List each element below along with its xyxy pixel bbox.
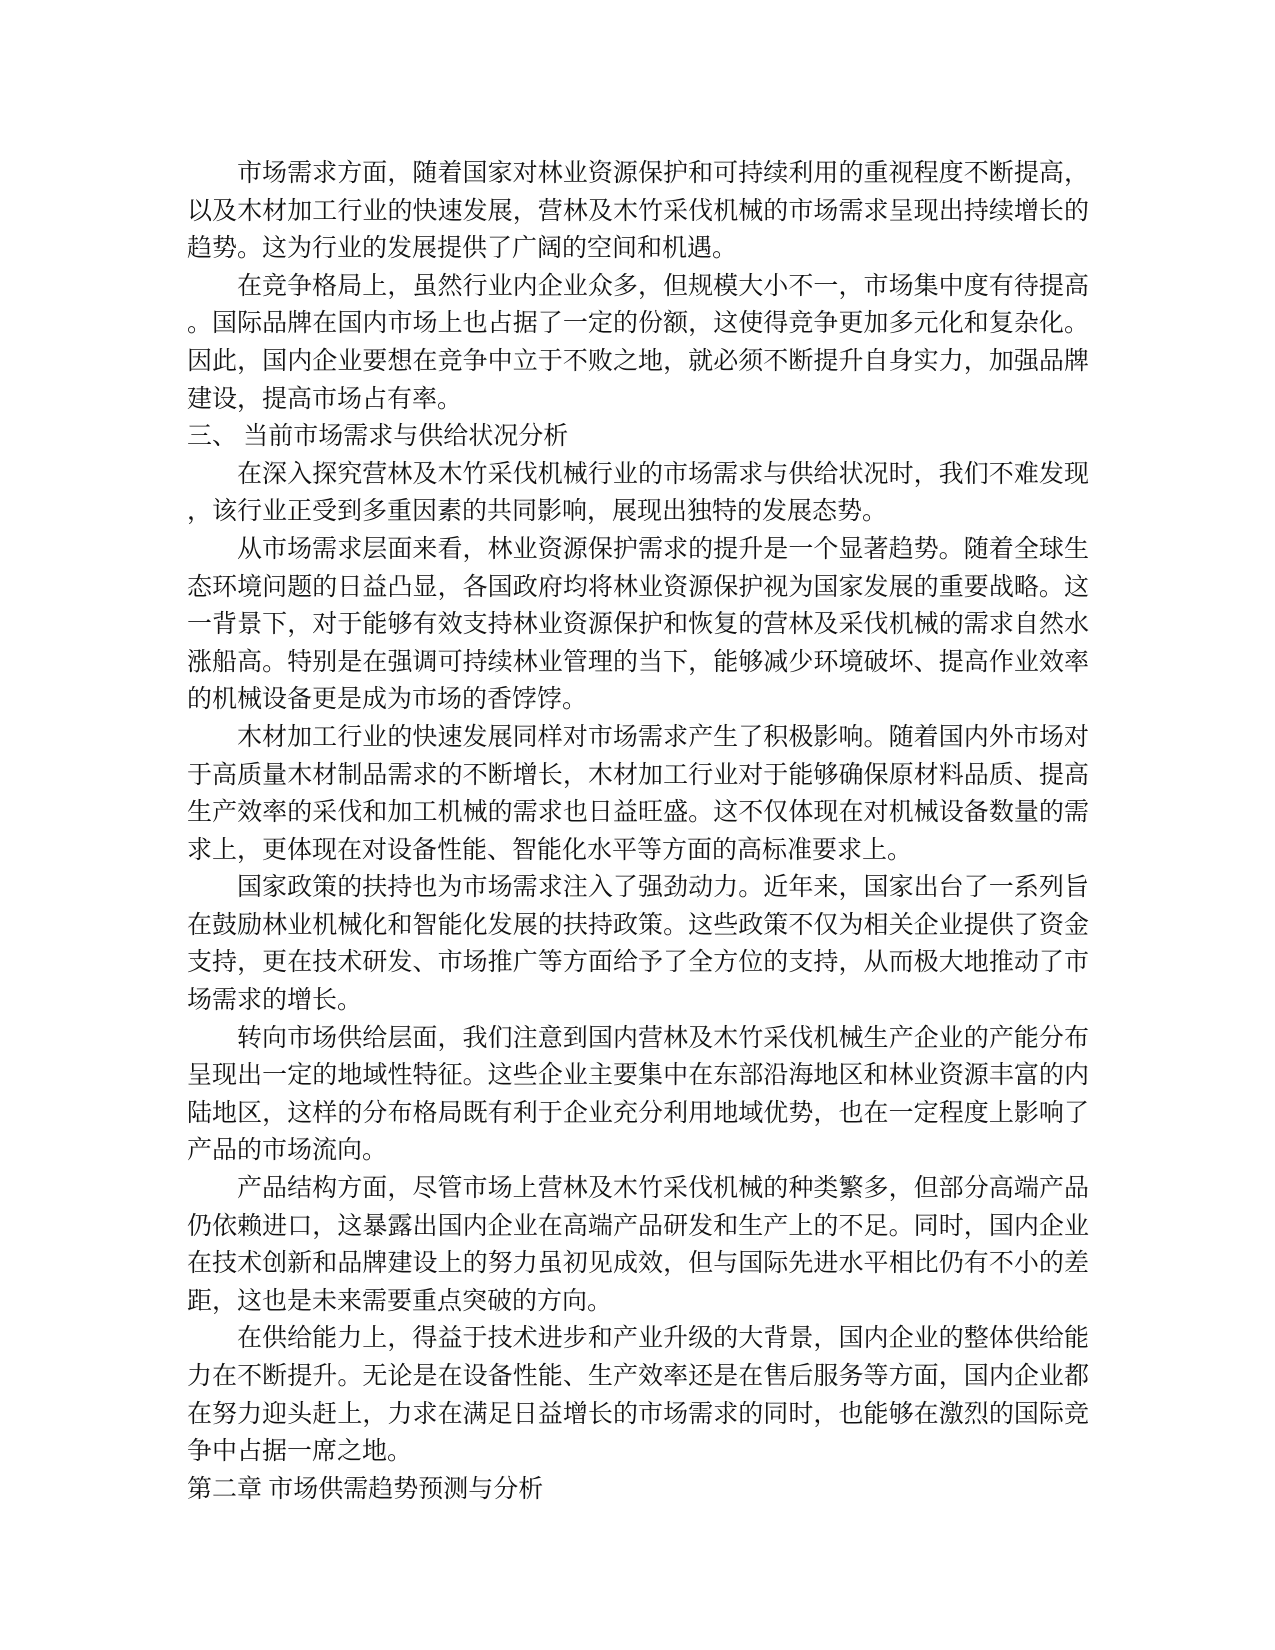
text-line: 在努力迎头赶上，力求在满足日益增长的市场需求的同时，也能够在激烈的国际竞 (187, 1396, 1089, 1434)
text-line: 在技术创新和品牌建设上的努力虽初见成效，但与国际先进水平相比仍有不小的差 (187, 1245, 1089, 1283)
section-heading: 第二章 市场供需趋势预测与分析 (187, 1471, 1089, 1509)
document-body: 市场需求方面，随着国家对林业资源保护和可持续利用的重视程度不断提高，以及木材加工… (187, 155, 1089, 1508)
document-page: 市场需求方面，随着国家对林业资源保护和可持续利用的重视程度不断提高，以及木材加工… (0, 0, 1275, 1650)
text-line: 产品的市场流向。 (187, 1132, 1089, 1170)
paragraph: 木材加工行业的快速发展同样对市场需求产生了积极影响。随着国内外市场对于高质量木材… (187, 719, 1089, 869)
text-line: 国家政策的扶持也为市场需求注入了强劲动力。近年来，国家出台了一系列旨 (187, 869, 1089, 907)
text-line: 呈现出一定的地域性特征。这些企业主要集中在东部沿海地区和林业资源丰富的内 (187, 1057, 1089, 1095)
section-heading: 三、 当前市场需求与供给状况分析 (187, 418, 1089, 456)
paragraph: 在竞争格局上，虽然行业内企业众多，但规模大小不一，市场集中度有待提高。国际品牌在… (187, 268, 1089, 418)
text-line: 。国际品牌在国内市场上也占据了一定的份额，这使得竞争更加多元化和复杂化。 (187, 305, 1089, 343)
text-line: 转向市场供给层面，我们注意到国内营林及木竹采伐机械生产企业的产能分布 (187, 1020, 1089, 1058)
paragraph: 从市场需求层面来看，林业资源保护需求的提升是一个显著趋势。随着全球生态环境问题的… (187, 531, 1089, 719)
text-line: 场需求的增长。 (187, 982, 1089, 1020)
text-line: 力在不断提升。无论是在设备性能、生产效率还是在售后服务等方面，国内企业都 (187, 1358, 1089, 1396)
text-line: 因此，国内企业要想在竞争中立于不败之地，就必须不断提升自身实力，加强品牌 (187, 343, 1089, 381)
text-line: ，该行业正受到多重因素的共同影响，展现出独特的发展态势。 (187, 493, 1089, 531)
paragraph: 在深入探究营林及木竹采伐机械行业的市场需求与供给状况时，我们不难发现，该行业正受… (187, 456, 1089, 531)
paragraph: 市场需求方面，随着国家对林业资源保护和可持续利用的重视程度不断提高，以及木材加工… (187, 155, 1089, 268)
text-line: 在供给能力上，得益于技术进步和产业升级的大背景，国内企业的整体供给能 (187, 1320, 1089, 1358)
text-line: 趋势。这为行业的发展提供了广阔的空间和机遇。 (187, 230, 1089, 268)
heading-text-line: 第二章 市场供需趋势预测与分析 (187, 1471, 1089, 1509)
text-line: 木材加工行业的快速发展同样对市场需求产生了积极影响。随着国内外市场对 (187, 719, 1089, 757)
text-line: 产品结构方面，尽管市场上营林及木竹采伐机械的种类繁多，但部分高端产品 (187, 1170, 1089, 1208)
text-line: 仍依赖进口，这暴露出国内企业在高端产品研发和生产上的不足。同时，国内企业 (187, 1208, 1089, 1246)
heading-text-line: 三、 当前市场需求与供给状况分析 (187, 418, 1089, 456)
text-line: 态环境问题的日益凸显，各国政府均将林业资源保护视为国家发展的重要战略。这 (187, 569, 1089, 607)
text-line: 在深入探究营林及木竹采伐机械行业的市场需求与供给状况时，我们不难发现 (187, 456, 1089, 494)
text-line: 以及木材加工行业的快速发展，营林及木竹采伐机械的市场需求呈现出持续增长的 (187, 193, 1089, 231)
text-line: 生产效率的采伐和加工机械的需求也日益旺盛。这不仅体现在对机械设备数量的需 (187, 794, 1089, 832)
text-line: 支持，更在技术研发、市场推广等方面给予了全方位的支持，从而极大地推动了市 (187, 944, 1089, 982)
text-line: 距，这也是未来需要重点突破的方向。 (187, 1283, 1089, 1321)
text-line: 市场需求方面，随着国家对林业资源保护和可持续利用的重视程度不断提高， (187, 155, 1089, 193)
paragraph: 转向市场供给层面，我们注意到国内营林及木竹采伐机械生产企业的产能分布呈现出一定的… (187, 1020, 1089, 1170)
text-line: 在鼓励林业机械化和智能化发展的扶持政策。这些政策不仅为相关企业提供了资金 (187, 907, 1089, 945)
text-line: 求上，更体现在对设备性能、智能化水平等方面的高标准要求上。 (187, 832, 1089, 870)
text-line: 的机械设备更是成为市场的香饽饽。 (187, 681, 1089, 719)
paragraph: 在供给能力上，得益于技术进步和产业升级的大背景，国内企业的整体供给能力在不断提升… (187, 1320, 1089, 1470)
text-line: 于高质量木材制品需求的不断增长，木材加工行业对于能够确保原材料品质、提高 (187, 757, 1089, 795)
paragraph: 产品结构方面，尽管市场上营林及木竹采伐机械的种类繁多，但部分高端产品仍依赖进口，… (187, 1170, 1089, 1320)
text-line: 从市场需求层面来看，林业资源保护需求的提升是一个显著趋势。随着全球生 (187, 531, 1089, 569)
text-line: 争中占据一席之地。 (187, 1433, 1089, 1471)
text-line: 在竞争格局上，虽然行业内企业众多，但规模大小不一，市场集中度有待提高 (187, 268, 1089, 306)
paragraph: 国家政策的扶持也为市场需求注入了强劲动力。近年来，国家出台了一系列旨在鼓励林业机… (187, 869, 1089, 1019)
text-line: 陆地区，这样的分布格局既有利于企业充分利用地域优势，也在一定程度上影响了 (187, 1095, 1089, 1133)
text-line: 一背景下，对于能够有效支持林业资源保护和恢复的营林及采伐机械的需求自然水 (187, 606, 1089, 644)
text-line: 建设，提高市场占有率。 (187, 381, 1089, 419)
text-line: 涨船高。特别是在强调可持续林业管理的当下，能够减少环境破坏、提高作业效率 (187, 644, 1089, 682)
